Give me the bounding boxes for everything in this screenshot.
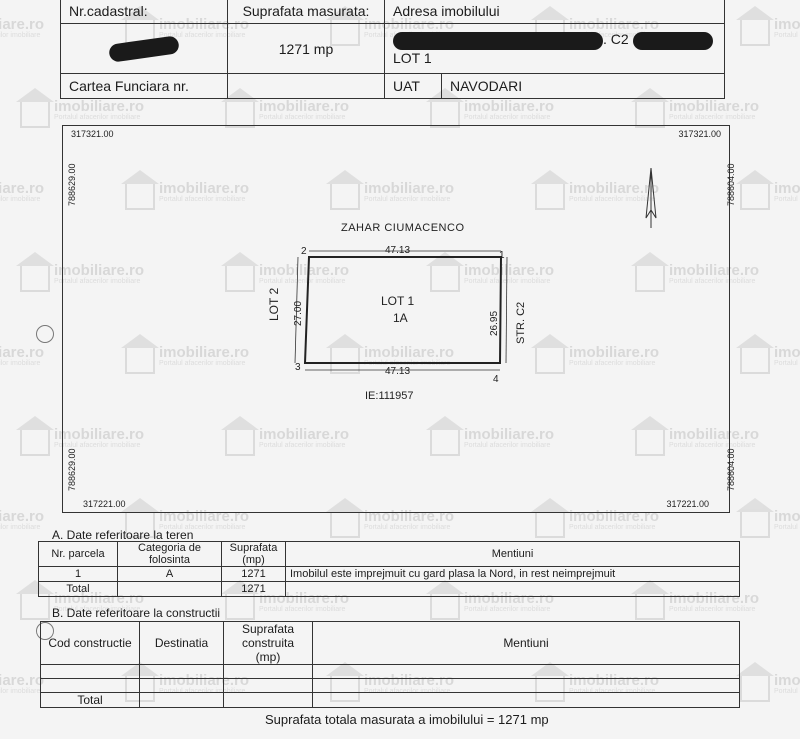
side-left-length: 27.00 <box>293 301 304 326</box>
total-row: Total <box>41 693 740 708</box>
address-value: . C2 LOT 1 <box>385 24 725 74</box>
cell-mentiuni: Imobilul este imprejmuit cu gard plasa l… <box>286 567 740 582</box>
col-header: Destinatia <box>140 622 224 665</box>
redaction-mark <box>393 32 603 50</box>
constructions-table: Cod constructie Destinatia Suprafata con… <box>40 621 740 708</box>
col-header: Cod constructie <box>41 622 140 665</box>
parcel-code: 1A <box>393 311 408 325</box>
neighbor-north: ZAHAR CIUMACENCO <box>341 222 465 234</box>
table-row <box>41 665 740 679</box>
uat-label: UAT <box>385 74 442 99</box>
table-row: 1 A 1271 Imobilul este imprejmuit cu gar… <box>39 567 740 582</box>
cell-nr: 1 <box>39 567 118 582</box>
col-header: Nr. parcela <box>39 542 118 567</box>
side-top-length: 47.13 <box>385 245 410 256</box>
cell-categoria: A <box>118 567 222 582</box>
site-plan: 317321.00 317321.00 317221.00 317221.00 … <box>62 125 730 513</box>
lot-label: LOT 1 <box>393 50 716 66</box>
address-suffix: . C2 <box>603 31 629 47</box>
section-b-title: B. Date referitoare la constructii <box>52 606 220 620</box>
total-label: Total <box>39 582 118 597</box>
cadastral-label: Nr.cadastral: <box>61 0 228 24</box>
redaction-mark <box>633 32 713 50</box>
side-right-length: 26.95 <box>489 311 500 336</box>
total-area-footer: Suprafata totala masurata a imobilului =… <box>265 712 549 727</box>
vertex-1: 1 <box>499 250 505 261</box>
redaction-mark <box>108 35 180 63</box>
total-label: Total <box>41 693 140 708</box>
side-bottom-length: 47.13 <box>385 366 410 377</box>
table-row <box>41 679 740 693</box>
col-header: Mentiuni <box>286 542 740 567</box>
neighbor-west: LOT 2 <box>267 288 281 321</box>
area-value: 1271 mp <box>228 24 385 74</box>
punch-hole <box>36 325 54 343</box>
col-header: Mentiuni <box>313 622 740 665</box>
section-a-title: A. Date referitoare la teren <box>52 528 193 542</box>
col-header: Categoria de folosinta <box>118 542 222 567</box>
total-row: Total 1271 <box>39 582 740 597</box>
total-value: 1271 <box>222 582 286 597</box>
col-header: Suprafata (mp) <box>222 542 286 567</box>
header-table: Nr.cadastral: Suprafata masurata: Adresa… <box>60 0 725 99</box>
uat-value: NAVODARI <box>442 74 725 99</box>
address-label: Adresa imobilului <box>385 0 725 24</box>
vertex-3: 3 <box>295 362 301 373</box>
neighbor-east: STR. C2 <box>515 302 527 344</box>
land-table: Nr. parcela Categoria de folosinta Supra… <box>38 541 740 597</box>
parcel-name: LOT 1 <box>381 294 414 308</box>
cell-suprafata: 1271 <box>222 567 286 582</box>
ie-label: IE:111957 <box>365 390 414 402</box>
cadastral-value <box>61 24 228 74</box>
land-book-label: Cartea Funciara nr. <box>61 74 228 99</box>
vertex-4: 4 <box>493 374 499 385</box>
col-header: Suprafata construita (mp) <box>224 622 313 665</box>
vertex-2: 2 <box>301 246 307 257</box>
area-label: Suprafata masurata: <box>228 0 385 24</box>
